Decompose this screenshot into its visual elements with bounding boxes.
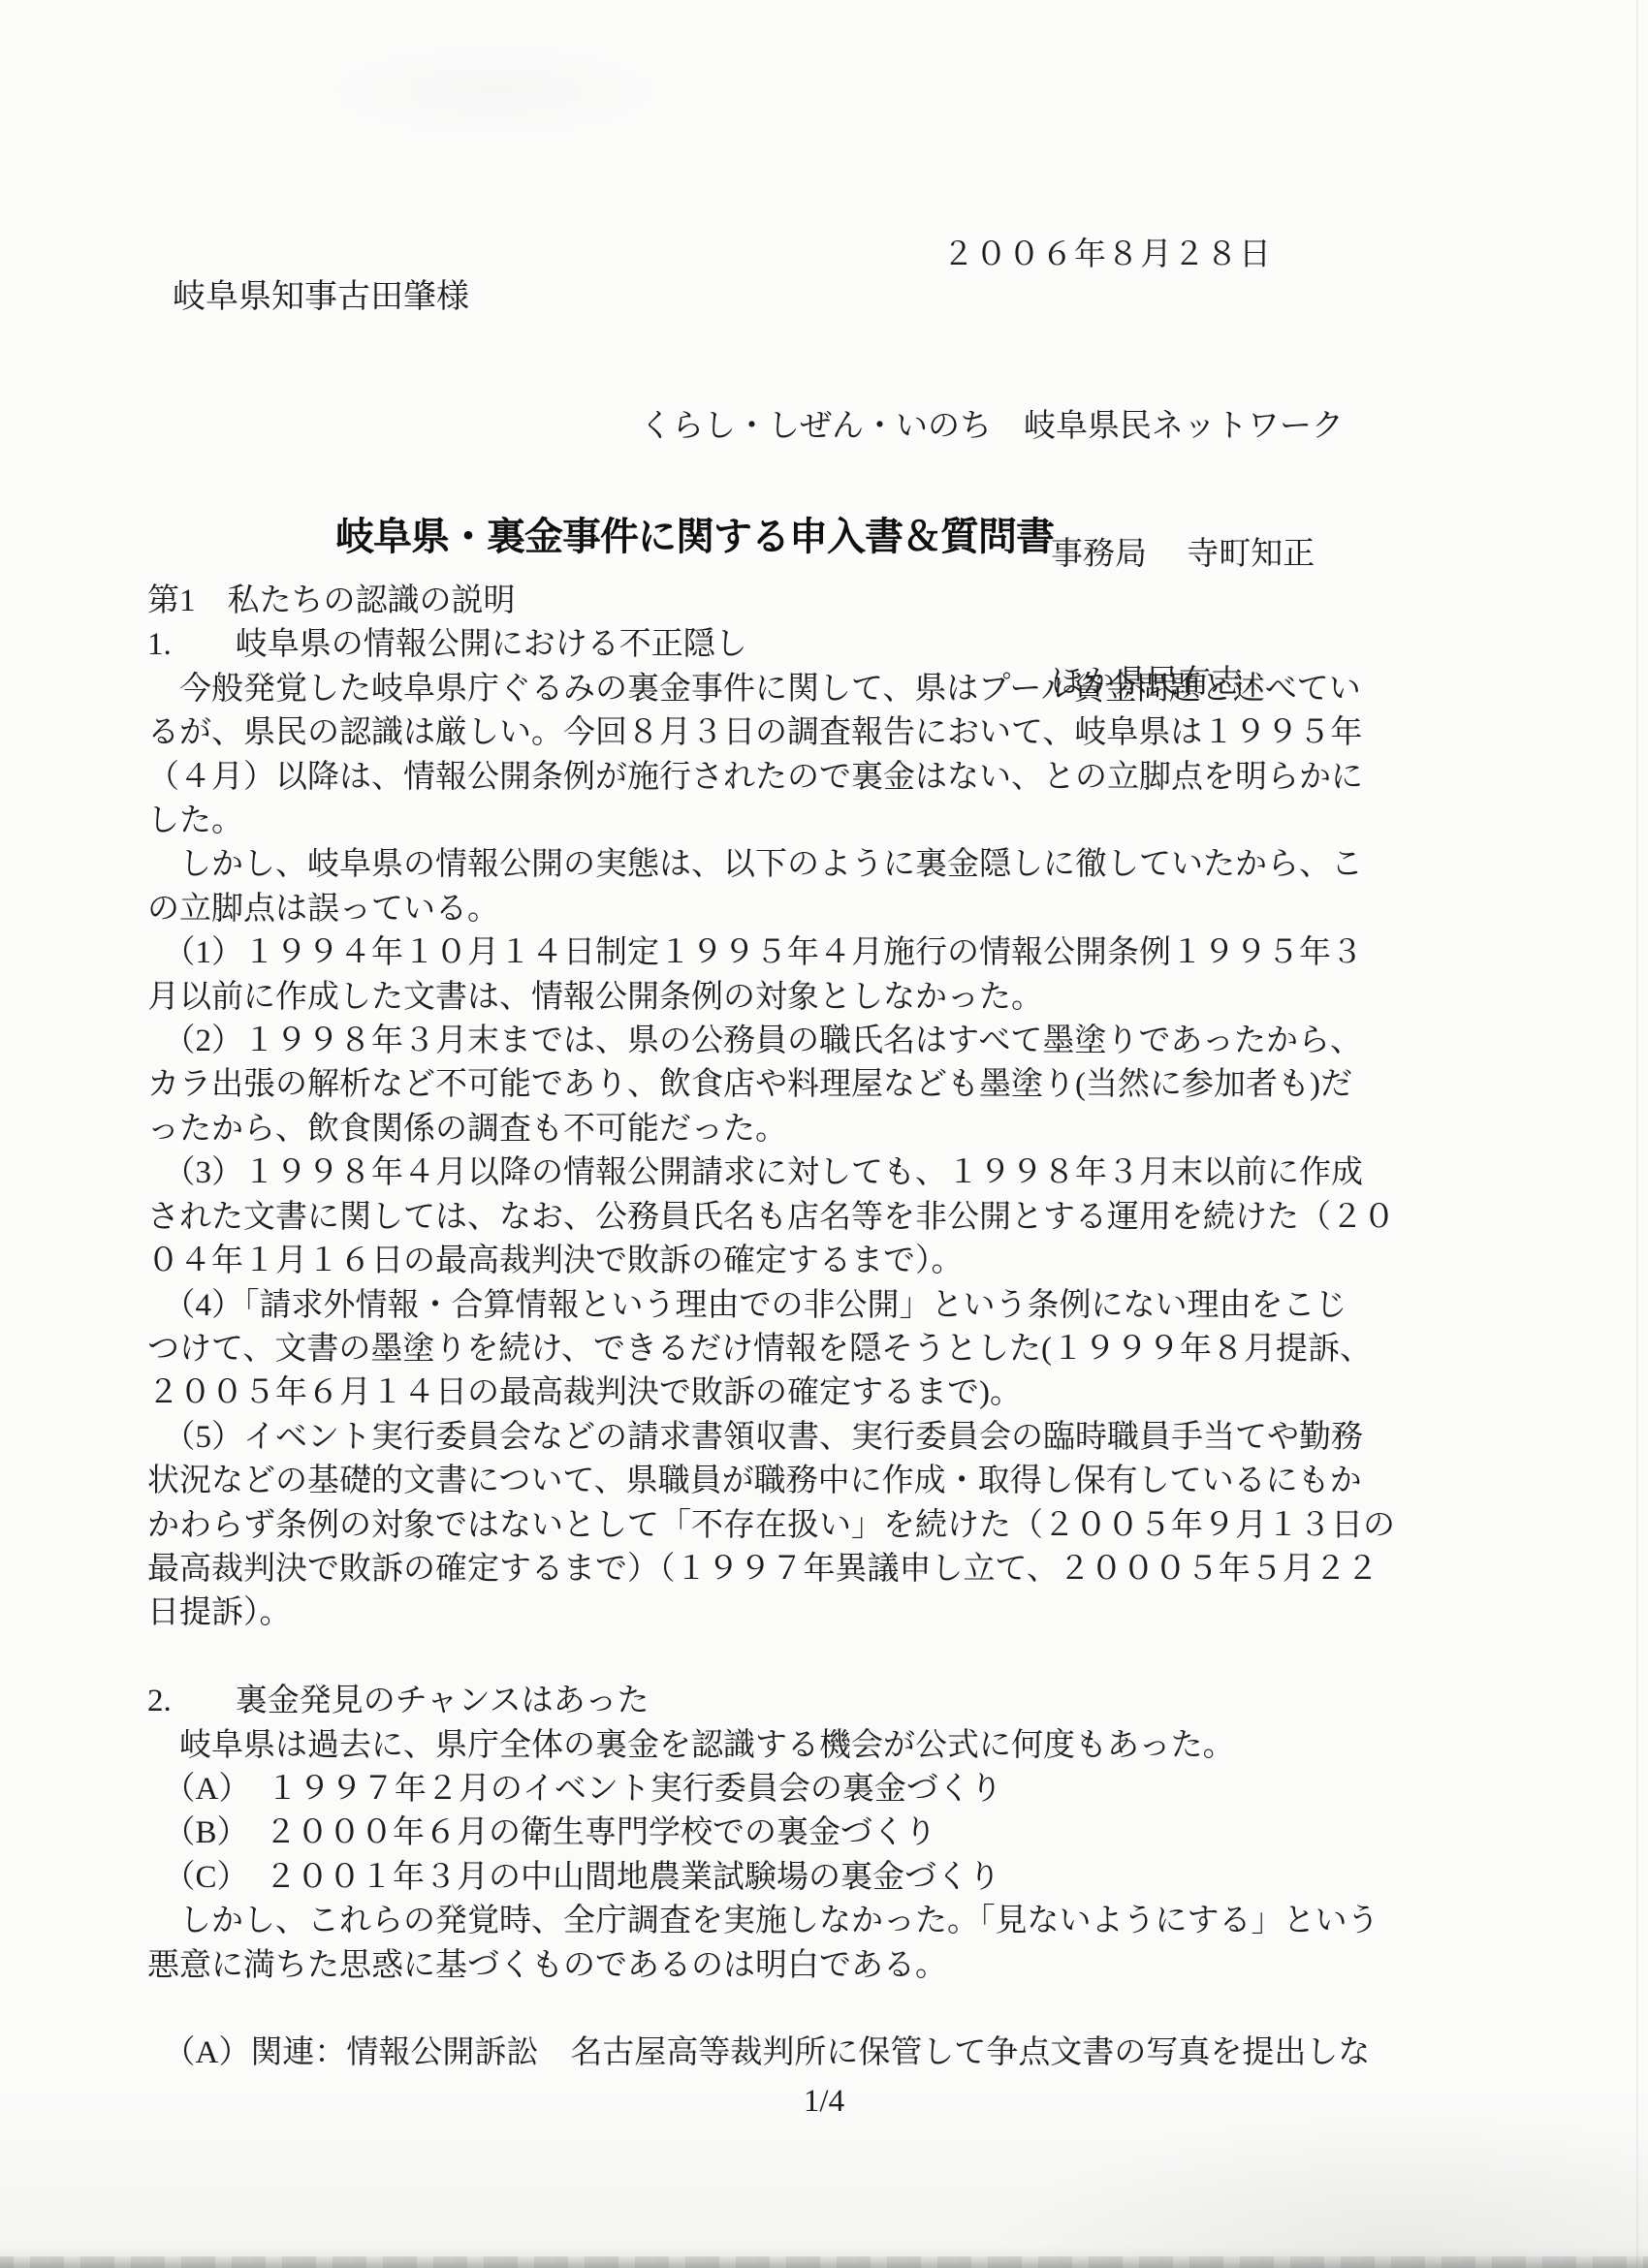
body-line: した。: [147, 800, 1446, 843]
body-line: （C） ２００１年３月の中山間地農業試験場の裏金づくり: [147, 1856, 1446, 1900]
body-line: （A） １９９７年２月のイベント実行委員会の裏金づくり: [147, 1768, 1446, 1811]
body-line: つけて、文書の墨塗りを続け、できるだけ情報を隠そうとした(１９９９年８月提訴、: [147, 1328, 1446, 1371]
scanned-letter-page: ２００６年８月２８日 岐阜県知事古田肇様 くらし・しぜん・いのち 岐阜県民ネット…: [0, 0, 1648, 2268]
body-line: 最高裁判決で敗訴の確定するまで）（１９９７年異議申し立て、２０００５年５月２２: [147, 1548, 1446, 1591]
scan-edge-artifact: [1636, 0, 1638, 2268]
sender-organization: くらし・しぜん・いのち 岐阜県民ネットワーク: [640, 405, 1344, 448]
body-line: かわらず条例の対象ではないとして「不存在扱い」を続けた（２００５年９月１３日の: [147, 1504, 1446, 1548]
body-line: （B） ２０００年６月の衛生専門学校での裏金づくり: [147, 1811, 1446, 1855]
body-line: 2. 裏金発見のチャンスはあった: [147, 1680, 1446, 1723]
body-line: 日提訴）。: [147, 1591, 1446, 1635]
body-line: された文書に関しては、なお、公務員氏名も店名等を非公開とする運用を続けた（２０: [147, 1196, 1446, 1240]
body-line: （2）１９９８年３月末までは、県の公務員の職氏名はすべて墨塗りであったから、: [147, 1020, 1446, 1063]
body-line: ２００５年６月１４日の最高裁判決で敗訴の確定するまで)。: [147, 1371, 1446, 1415]
body-line: しかし、岐阜県の情報公開の実態は、以下のように裏金隠しに徹していたから、こ: [147, 843, 1446, 887]
body-line: カラ出張の解析など不可能であり、飲食店や料理屋なども墨塗り(当然に参加者も)だ: [147, 1063, 1446, 1107]
document-body: 第1 私たちの認識の説明1. 岐阜県の情報公開における不正隠し 今般発覚した岐阜…: [147, 580, 1446, 2076]
body-line: 1. 岐阜県の情報公開における不正隠し: [147, 623, 1446, 667]
body-line: 第1 私たちの認識の説明: [147, 580, 1446, 623]
body-line: 悪意に満ちた思惑に基づくものであるのは明白である。: [147, 1944, 1446, 1988]
body-line: 今般発覚した岐阜県庁ぐるみの裏金事件に関して、県はプール資金問題と述べてい: [147, 668, 1446, 711]
body-line: しかし、これらの発覚時、全庁調査を実施しなかった。「見ないようにする」という: [147, 1900, 1446, 1943]
body-line: ０４年１月１６日の最高裁判決で敗訴の確定するまで）。: [147, 1240, 1446, 1283]
body-line: [147, 1636, 1446, 1680]
body-line: 状況などの基礎的文書について、県職員が職務中に作成・取得し保有しているにもか: [147, 1460, 1446, 1503]
scan-bottom-edge: [0, 2256, 1648, 2268]
body-line: （A）関連：情報公開訴訟 名古屋高等裁判所に保管して争点文書の写真を提出しな: [147, 2032, 1446, 2075]
document-date: ２００６年８月２８日: [942, 229, 1272, 274]
document-title: 岐阜県・裏金事件に関する申入書＆質問書: [335, 506, 1054, 561]
body-line: 月以前に作成した文書は、情報公開条例の対象としなかった。: [147, 976, 1446, 1020]
body-line: るが、県民の認識は厳しい。今回８月３日の調査報告において、岐阜県は１９９５年: [147, 711, 1446, 755]
body-line: ったから、飲食関係の調査も不可能だった。: [147, 1108, 1446, 1151]
body-line: （3）１９９８年４月以降の情報公開請求に対しても、１９９８年３月末以前に作成: [147, 1151, 1446, 1195]
body-line: （5）イベント実行委員会などの請求書領収書、実行委員会の臨時職員手当てや勤務: [147, 1416, 1446, 1460]
body-line: （４月）以降は、情報公開条例が施行されたので裏金はない、との立脚点を明らかに: [147, 756, 1446, 800]
body-line: [147, 1988, 1446, 2032]
sender-office-and-name: 事務局 寺町知正: [1051, 533, 1344, 576]
addressee-line: 岐阜県知事古田肇様: [173, 269, 469, 317]
body-line: （1）１９９４年１０月１４日制定１９９５年４月施行の情報公開条例１９９５年３: [147, 931, 1446, 975]
body-line: 岐阜県は過去に、県庁全体の裏金を認識する機会が公式に何度もあった。: [147, 1724, 1446, 1768]
page-number: 1/4: [0, 2084, 1648, 2120]
body-line: の立脚点は誤っている。: [147, 888, 1446, 931]
body-line: （4）「請求外情報・合算情報という理由での非公開」という条例にない理由をこじ: [147, 1284, 1446, 1328]
